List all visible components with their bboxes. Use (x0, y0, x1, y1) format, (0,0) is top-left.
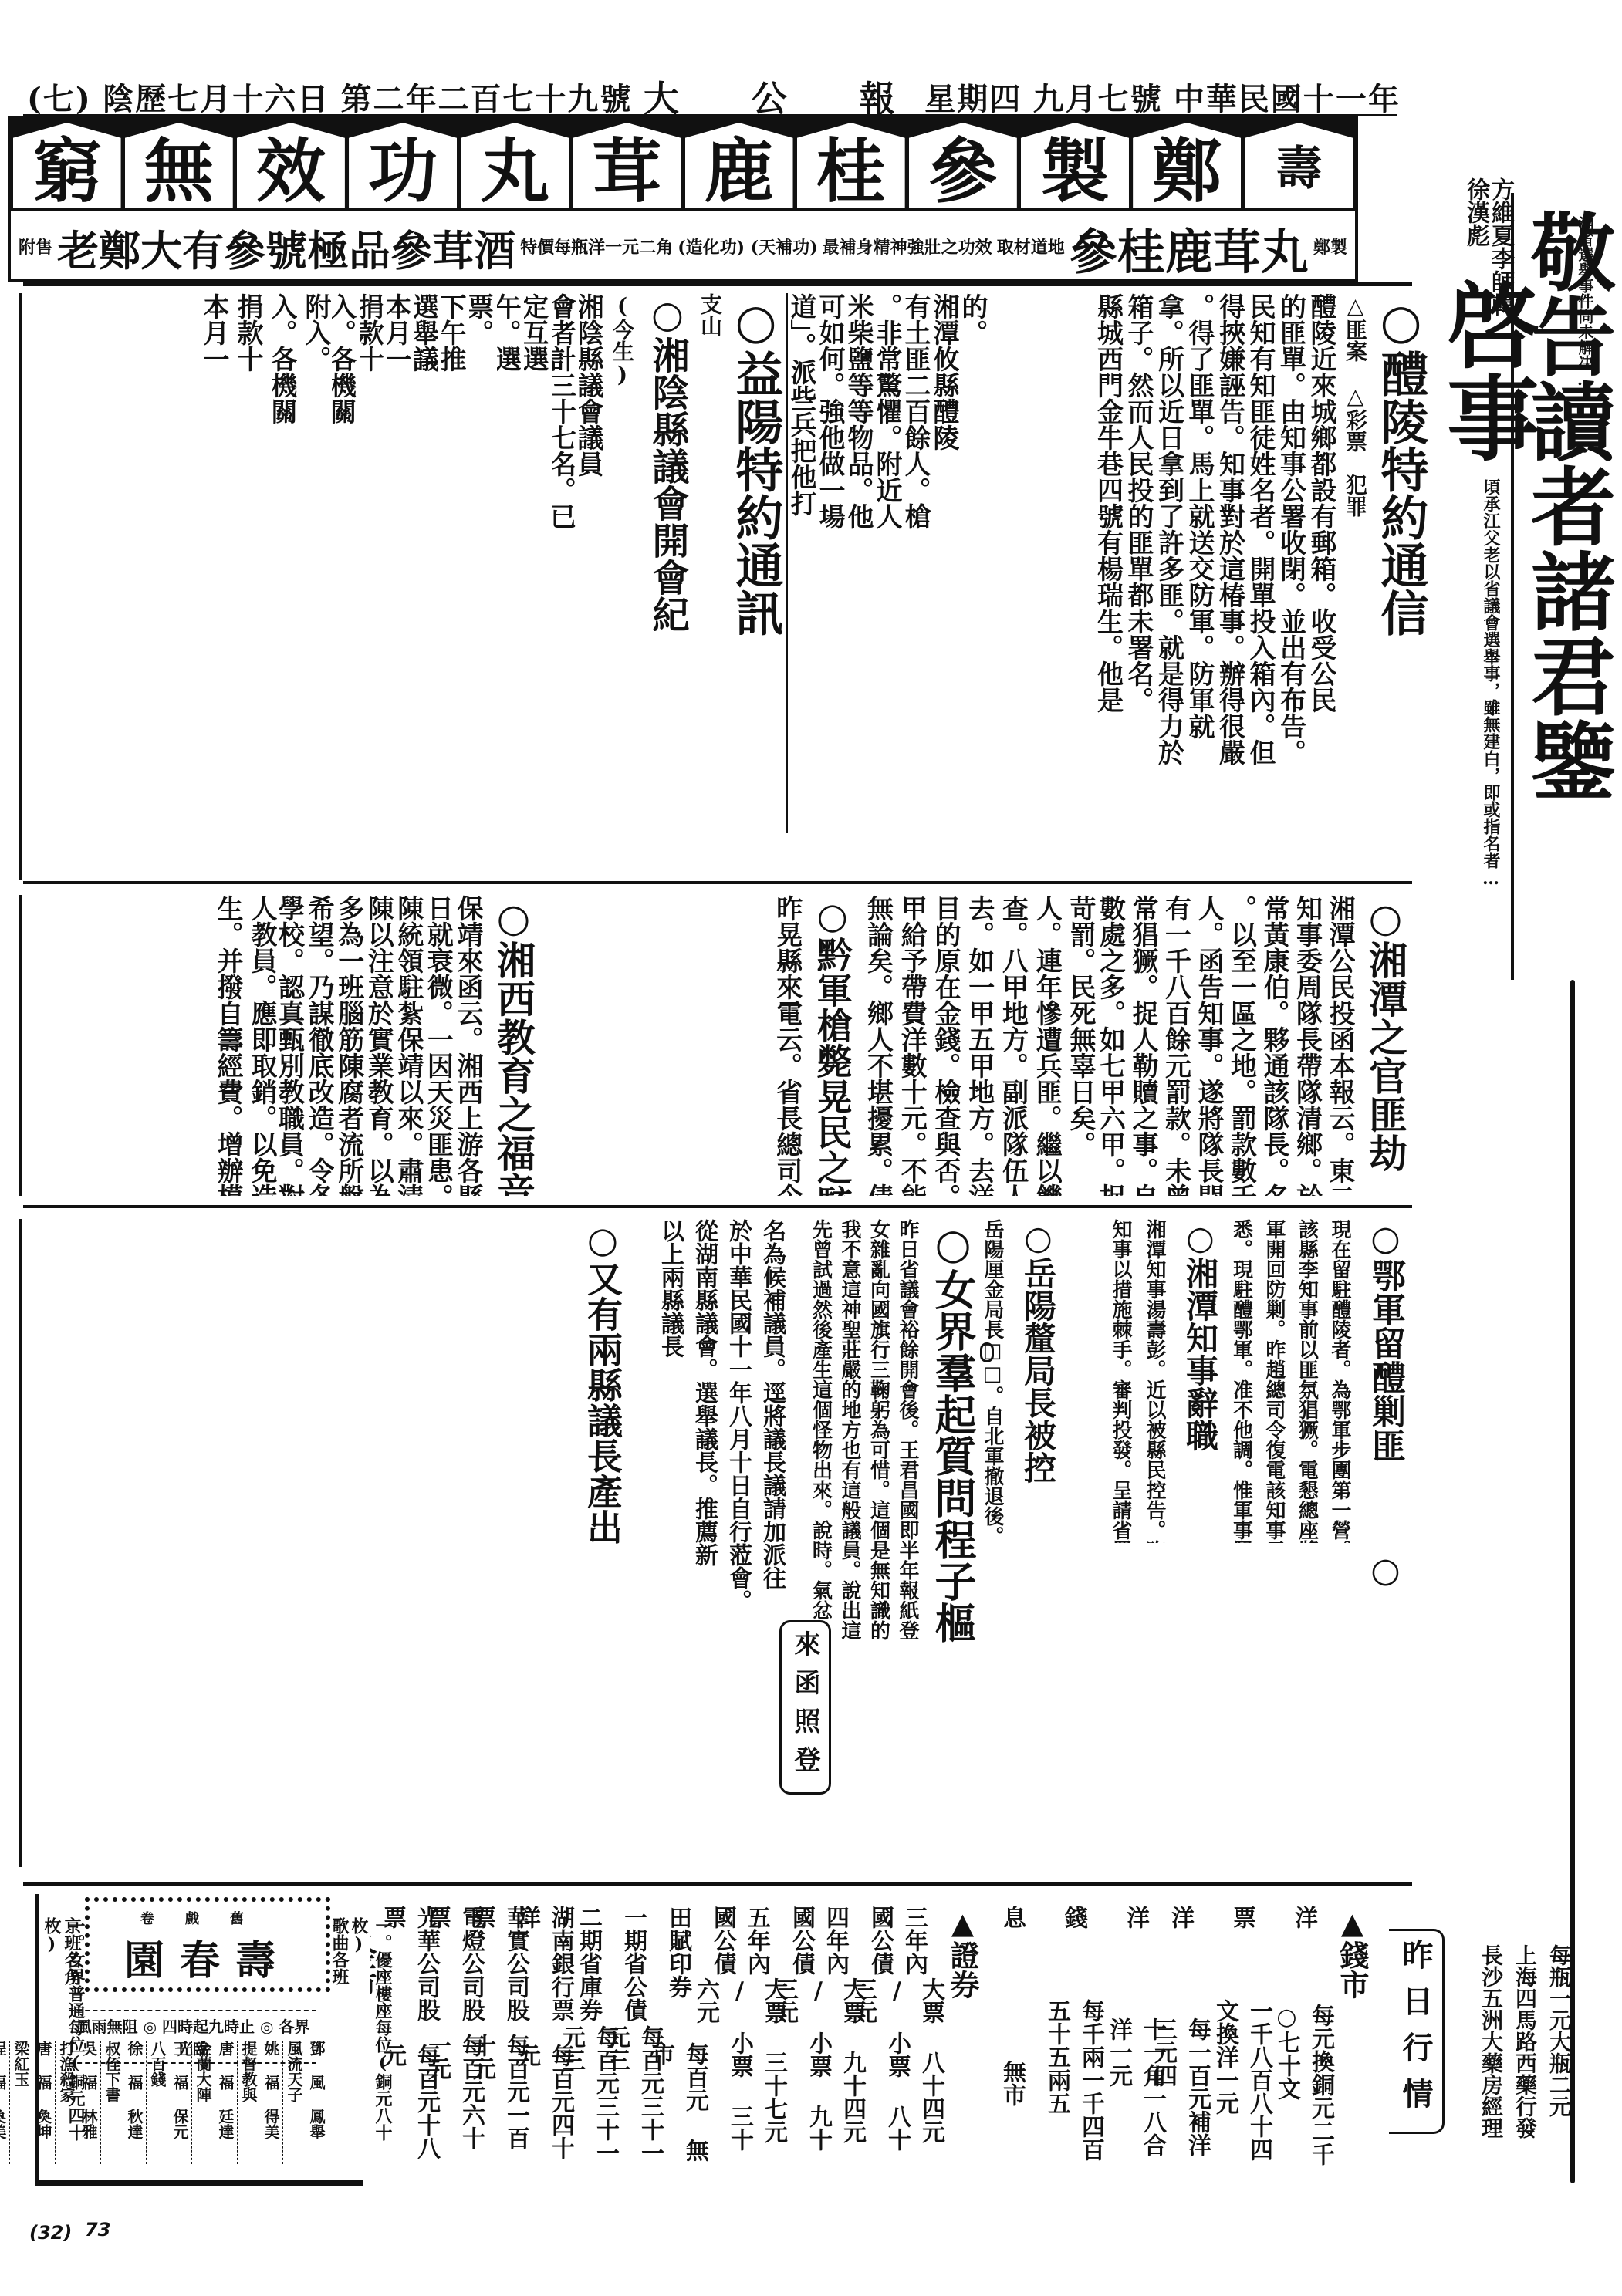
ad-tagline-efficacy: 最補身精神強壯之功效 (823, 238, 992, 257)
article-line: 目的原在金錢。檢查與否。無甚關係 (930, 895, 961, 1196)
headline-yueyang: 岳陽釐局長被控 (1011, 1219, 1065, 1543)
article-xiangxi-education: 湘西教育之福音 保靖來函云。湘西上游各縣。近年教育 日就衰微。一因天災匪患。一因… (278, 895, 540, 1196)
article-line: 。非常驚懼。附近人 (877, 293, 902, 880)
bottom-section-rule (23, 1882, 1412, 1886)
article-line: 。以至一區之地。罰款數千元。後經旅省 (1227, 895, 1257, 1196)
article-line: 拿。所以近日拿到了許多匪。就是得力於 (1157, 293, 1184, 880)
ad-tagline-efficacy-2: (造化功) (天補功) (678, 238, 817, 257)
byline-yiyang: 支山 (694, 293, 725, 880)
article-line: 下午推 (441, 293, 466, 880)
article-line: 知事委周隊長帶隊清鄉。於是都團鄉心 (1293, 895, 1323, 1196)
cast-entry: 吳 福 林雅 打漁殺家 (55, 2041, 100, 2164)
headline-women: 女界羣起質問程子樞 (926, 1219, 980, 1867)
article-line: 附入。 (300, 293, 331, 880)
article-line: 生。并撥自籌經費。增辦模範小學多所。 (212, 895, 243, 1196)
article-line: 票。 (469, 293, 494, 880)
article-line: 湘潭攸縣醴陵 (934, 293, 959, 880)
lower-section-rule (23, 1205, 1412, 1208)
market-label: 息 (995, 1906, 1029, 2060)
theater-left-note-2: 京班名角 (60, 1917, 84, 1985)
market-row: 票一千八百八十四文換洋一元 (1208, 1906, 1276, 2168)
article-line: 常黃康伯。夥通該隊長。名則清匪。實則 (1260, 895, 1290, 1196)
masthead-page-number: (七) (27, 75, 92, 119)
article-line: 去。如一甲五甲地方。去洋數十元。 (964, 895, 995, 1196)
ad-tagline-wine: 老鄭大有參號極品參茸酒 (57, 218, 515, 278)
market-row: 三年內國公債大票 八十四元 / 小票 八十三元 (863, 1906, 931, 2168)
theater-right-note-2: 歌曲各班 (328, 1917, 352, 1985)
ad-char-10: 無 (125, 123, 233, 208)
article-line: 選舉議 (414, 293, 439, 880)
ad-char-7: 丸 (461, 123, 569, 208)
ad-char-6: 茸 (573, 123, 681, 208)
article-left-mid: 人教員。應即取銷。以免造成許多偶像式 生。并撥自籌經費。增辦模範小學多所。 (19, 895, 277, 1196)
byline-xiangyin: (今生) (607, 293, 637, 880)
article-line: 現在留駐醴陵者。為鄂軍步團第一營。 (1326, 1219, 1356, 1543)
article-line: 人。函告知事。遂將隊長開除。都團收押 (1195, 895, 1225, 1196)
theater-header-small: 卷戲舊 (96, 1908, 319, 1928)
article-line: 陳以注意於實業教育。以為地內各縣教育 (367, 895, 394, 1196)
article-line: 箱子。然而人民投的匪單都未署名。 (1127, 293, 1154, 880)
headline-yiyang: 益陽特約通訊 (728, 293, 782, 880)
market-title: 昨日行情 (1389, 1929, 1445, 2134)
market-label: 票 (1225, 1906, 1259, 1999)
article-line: 無論矣。鄉人不堪擾累。倩人疏通。 (863, 895, 894, 1196)
article-line: 人教員。應即取銷。以免造成許多偶像式 (246, 895, 277, 1196)
article-line: 數處之多。如七甲六甲。捉去羅姓婦女 (1096, 895, 1126, 1196)
article-xiangtan-bandits: 湘潭之官匪劫 湘潭公民投函本報云。東二區。自前月 知事委周隊長帶隊清鄉。於是都團… (1096, 895, 1412, 1196)
article-line: 米柴鹽等等物品。他 (848, 293, 874, 880)
article-line: 軍開回防剿。昨趙總司令復電該知事云。所電 (1260, 1219, 1290, 1543)
market-value: 每一百元補洋三元四 (1146, 2017, 1214, 2168)
market-value: 一千八百八十四文換洋一元 (1208, 1999, 1276, 2168)
market-row: 錢每千兩一千四百五十五兩五 (1039, 1906, 1107, 2168)
article-county-head (1219, 1551, 1412, 1875)
article-line: 湘潭公民投函本報云。東二區。自前月 (1326, 895, 1356, 1196)
headline-e-army: 鄂軍留醴剿匪 (1358, 1219, 1412, 1543)
article-line: 道」。派些兵把他打 (791, 293, 816, 880)
article-line: 有一千八百餘元罰款。未曾繳出。現在土匪 (1161, 895, 1191, 1196)
article-line: 可如何。強他做一場 (819, 293, 845, 880)
market-label: 一期省公債 (616, 1906, 650, 2025)
masthead-date: 九月七號 (1033, 75, 1163, 119)
theater-name-box: 卷戲舊 壽春園 (85, 1897, 330, 1992)
article-line: 甲給予帶費洋數十元。不能率免且當 (897, 895, 928, 1196)
theater-name: 壽春園 (96, 1928, 319, 1986)
headline-xiangyin: 湘陰縣議會開會紀 (640, 293, 694, 880)
markets-panel: 錢市 洋每元換銅元二千○七十文 票一千八百八十四文換洋一元 洋每一百元補洋三元四… (370, 1906, 1374, 2168)
article-line: 昨晃縣來電云。省長總司令省議會 (772, 895, 803, 1196)
pharmacy-agent: 長沙五洲大藥房經理 (1475, 1944, 1506, 2145)
headline-xiangtan-bandits: 湘潭之官匪劫 (1358, 895, 1412, 1196)
article-line: 岳陽厘金局長□□。自北軍撤退後。即委 (977, 1219, 1008, 1543)
article-line: 多為一班腦筋陳腐者流所盤據把持。故無 (337, 895, 364, 1196)
ad-tagline-product: 參桂鹿茸丸 (1070, 214, 1309, 282)
article-line: 日就衰微。一因天災匪患。一因無人倡導 (427, 895, 454, 1196)
headline-provincial-assembly: 又有兩縣議長產出 (576, 1219, 630, 1867)
masthead-year: 中華民國十一年 (1174, 75, 1401, 119)
ad-char-2: 製 (1021, 123, 1129, 208)
column-divider (786, 293, 788, 833)
article-line: 得挾嫌誣告。知事對於這椿事。辦得很嚴 (1218, 293, 1245, 880)
headline-county-head (1358, 1551, 1412, 1875)
market-row: 四年內國公債大票 九十四元 / 小票 九十三元 (784, 1906, 852, 2168)
masthead-weekday: 星期四 (924, 75, 1022, 119)
cast-entry: 徐 福 秋達 叔侄下書 (100, 2041, 146, 2164)
market-label: 四年內國公債 (784, 1906, 852, 1977)
market-row: 洋每元換銅元二千○七十文 (1286, 1906, 1320, 2168)
article-line: 常猖獗。捉人勒贖之事。自七月初起。已發 (1129, 895, 1159, 1196)
ad-tagline-prefix: 鄭製 (1313, 238, 1347, 257)
pharmacy-price: 每瓶一元大瓶二元 (1543, 1944, 1574, 2145)
article-line: 保靖來函云。湘西上游各縣。近年教育 (456, 895, 483, 1196)
article-women: 女界羣起質問程子樞 昨日省議會裕餘開會後。王君昌國即半年報紙登 女雜亂向國旗行三… (810, 1219, 980, 1867)
article-line: 人。連年慘遭兵匪。繼以饑饉。現又 (1032, 895, 1063, 1196)
article-line: 入。各機關 (332, 293, 357, 880)
article-line: 有土匪二百餘人。槍 (905, 293, 931, 880)
article-line: 湘陰縣議會議員 (579, 293, 603, 880)
notice-body: 頃承江父老以省議會選舉事，雖無建白，即或指名者… (1455, 478, 1501, 957)
cast-entry: 王 福 保元 八百錢 (146, 2041, 191, 2164)
market-row: 五年內國公債大票 三十七元 / 小票 三十六元 (705, 1906, 773, 2168)
masthead-issue-number: 第二年二百七十九號 (341, 75, 633, 119)
market-head-money: 錢市 (1331, 1906, 1374, 2168)
article-line: 於中華民國十一年八月十日自行蒞會。 (722, 1219, 753, 1867)
market-label: 錢 (1056, 1906, 1090, 1999)
mid-section-rule (23, 881, 1412, 884)
article-line: 醴陵近來城鄉都設有郵箱。收受公民 (1309, 293, 1337, 880)
article-line: 的。 (962, 293, 988, 880)
article-line: 民知有知匪徒姓名者。開單投入箱內。但 (1249, 293, 1276, 880)
article-xiangyin-continued: 附入。 入。各機關 捐款十 本月一 (19, 293, 331, 880)
market-label: 五年內國公債 (705, 1906, 773, 1977)
market-value: 無市 (995, 2060, 1029, 2106)
cast-entry: 程 福 奐美 集賢村 (0, 2041, 9, 2164)
theater-ad: 一。女界普通每位(銅元四十枚) 京班名角 一。優座樓座每位(銅元八十枚) 歌曲各… (35, 1894, 363, 2186)
market-head-securities: 證券 (941, 1906, 984, 2168)
footer-right-number: 73 (85, 2219, 110, 2240)
article-line: 入。各機關 (266, 293, 297, 880)
article-e-army: 鄂軍留醴剿匪 現在留駐醴陵者。為鄂軍步團第一營。 該縣李知事前以匪氛猖獗。電懇總… (1227, 1219, 1412, 1543)
market-label: 洋 (1118, 1906, 1152, 2017)
cast-entry: 姚 福 得美 提督教與 (237, 2041, 282, 2164)
market-row: 洋每一百元補洋三元四 (1163, 1906, 1197, 2168)
ad-char-11: 窮 (13, 123, 121, 208)
notice-divider (1511, 193, 1514, 980)
article-liling: 醴陵特約通信 △匪案 △彩票 犯罪 醴陵近來城鄉都設有郵箱。收受公民 的匪單。由… (1096, 293, 1428, 880)
ad-char-5: 鹿 (685, 123, 793, 208)
article-qianyang: 苛罰。民死無辜日矣。 人。連年慘遭兵匪。繼以饑饉。現又 查。八甲地方。副派隊伍人… (772, 895, 1096, 1196)
ginseng-pill-ad-banner: 壽 鄭 製 參 桂 鹿 茸 丸 功 效 無 窮 鄭製 參桂鹿茸丸 取材道地 最補… (8, 116, 1358, 282)
ad-char-4: 桂 (797, 123, 905, 208)
top-section-rule (23, 282, 1412, 286)
market-label: 洋 (1163, 1906, 1197, 2017)
theater-right-note: 一。優座樓座每位(銅元八十枚) (347, 1917, 395, 2164)
article-line: 希望。乃謀徹底改造。令各縣知事。多設 (308, 895, 335, 1196)
article-line: 知事以措施棘手。審判投發。呈請省署准予辭職 (1105, 1219, 1136, 1543)
article-line: 捐款十 (232, 293, 263, 880)
ad-char-9: 效 (237, 123, 345, 208)
market-label: 洋 (1286, 1906, 1320, 2004)
reader-notice-side: 湘省選舉事件尚未解决… (1574, 216, 1597, 972)
article-line: 本月一 (387, 293, 411, 880)
article-line: 會者計三十七名。已 (552, 293, 576, 880)
headline-qianyang: 黔軍槍斃晃民之駭聞 (806, 895, 860, 1196)
market-value: 大票 八十四元 / 小票 八十三元 (846, 1977, 948, 2168)
ad-tagline-price: 特價每瓶洋一元二角 (520, 238, 673, 257)
article-line: 午。選 (497, 293, 522, 880)
theater-cast: 鄧 風 鳳舉 風流天子 姚 福 得美 提督教與 唐 福 廷達 金蘭大陣 王 福 … (69, 2041, 328, 2164)
ad-char-3: 參 (909, 123, 1017, 208)
market-label: 湖南銀行票洋 (509, 1906, 577, 2044)
subhead-liling: △匪案 △彩票 犯罪 (1340, 293, 1370, 864)
market-label: 二期省庫券 (571, 1906, 605, 2025)
article-line: 縣城西門金牛巷四號有楊瑞生。他是 (1096, 293, 1124, 880)
article-line: 學校。認真甄別教職員。對於毫無新知識 (278, 895, 305, 1196)
article-provincial-assembly: 名為候補議員。逕將議長議請加派往 於中華民國十一年八月十日自行蒞會。 從湖南縣議… (231, 1219, 787, 1867)
article-line: 苛罰。民死無辜日矣。 (1065, 895, 1096, 1196)
article-left-lower (19, 1219, 231, 1867)
headline-liling: 醴陵特約通信 (1374, 293, 1428, 880)
incoming-letters-label: 來函照登 (779, 1620, 831, 1795)
pharmacy-ad: 每瓶一元大瓶二元 上海四馬路西藥行發 長沙五洲大藥房經理 (1482, 1944, 1574, 2145)
article-line: 我不意這神聖莊嚴的地方也有這般議員。說出這 (840, 1219, 866, 1867)
article-line: 的匪單。由知事公署收閉。並出有布告。 (1279, 293, 1306, 880)
article-line: 查。八甲地方。副派隊伍人役。情形 (998, 895, 1029, 1196)
market-row: 息無市 (995, 1906, 1029, 2168)
masthead: 中華民國十一年 九月七號 星期四 大 公 報 第二年二百七十九號 陰歷七月十六日… (27, 73, 1401, 120)
ad-tagline-suffix: 附售 (19, 238, 52, 257)
article-line: 悉。現駐醴鄂軍。准不他調。惟軍事緊要。移 (1227, 1219, 1257, 1543)
article-line: 女雜亂向國旗行三鞠躬為可惜。這個是無知識的 (868, 1219, 894, 1867)
article-line: 捐款十 (360, 293, 384, 880)
article-line: 本月一 (198, 293, 229, 880)
headline-xiangtan-resign: 湘潭知事辭職 (1173, 1219, 1227, 1543)
pharmacy-distributor: 上海四馬路西藥行發 (1509, 1944, 1540, 2145)
cast-entry: 唐 福 奐坤 梁紅玉 (9, 2041, 55, 2164)
cast-entry: 鄧 風 鳳舉 風流天子 (282, 2041, 328, 2164)
market-label: 三年內國公債 (863, 1906, 931, 1977)
right-page-edge (1570, 980, 1575, 2183)
article-line: 昨日省議會裕餘開會後。王君昌國即半年報紙登 (897, 1219, 924, 1867)
ad-tagline-row: 鄭製 參桂鹿茸丸 取材道地 最補身精神強壯之功效 (造化功) (天補功) 特價每… (11, 213, 1355, 282)
cast-entry: 唐 福 廷達 金蘭大陣 (191, 2041, 237, 2164)
article-line: 該縣李知事前以匪氛猖獗。電懇總座將調 (1293, 1219, 1323, 1543)
article-line: 湘潭知事湯壽彭。近以被縣民控告。昨湯 (1139, 1219, 1170, 1543)
ad-char-8: 功 (349, 123, 457, 208)
article-line: 定互選 (524, 293, 549, 880)
article-line: 陳統領駐紮保靖以來。肅清匪患。民得安居 (397, 895, 424, 1196)
article-xiangtan-resign: 湘潭知事辭職 湘潭知事湯壽彭。近以被縣民控告。昨湯 知事以措施棘手。審判投發。呈… (1065, 1219, 1227, 1543)
footer-left-number: (32) (29, 2222, 72, 2244)
ad-tagline-material: 取材道地 (997, 238, 1065, 257)
article-line: 以上兩縣議長 (654, 1219, 685, 1867)
article-line: 從湖南縣議會。選舉議長。推薦新 (688, 1219, 719, 1867)
miscellany-label (980, 1342, 994, 1362)
article-yiyang: 的。 湘潭攸縣醴陵 有土匪二百餘人。槍 。非常驚懼。附近人 米柴鹽等等物品。他 … (694, 293, 988, 880)
masthead-lunar-date: 陰歷七月十六日 (103, 75, 329, 119)
ad-char-1: 鄭 (1133, 123, 1241, 208)
market-value: 每元換銅元二千○七十文 (1269, 2004, 1337, 2168)
article-line: 。得了匪單。馬上就送交防軍。防軍就 (1188, 293, 1215, 880)
headline-xiangxi-education: 湘西教育之福音 (486, 895, 540, 1196)
ad-char-0: 壽 (1245, 123, 1353, 208)
ad-diamond-row: 壽 鄭 製 參 桂 鹿 茸 丸 功 效 無 窮 (11, 119, 1355, 211)
market-value: 每千兩一千四百五十五兩五 (1039, 1999, 1107, 2168)
article-xiangyin: 湘陰縣議會開會紀 (今生) 湘陰縣議會議員 會者計三十七名。已 定互選 午。選 … (332, 293, 694, 880)
